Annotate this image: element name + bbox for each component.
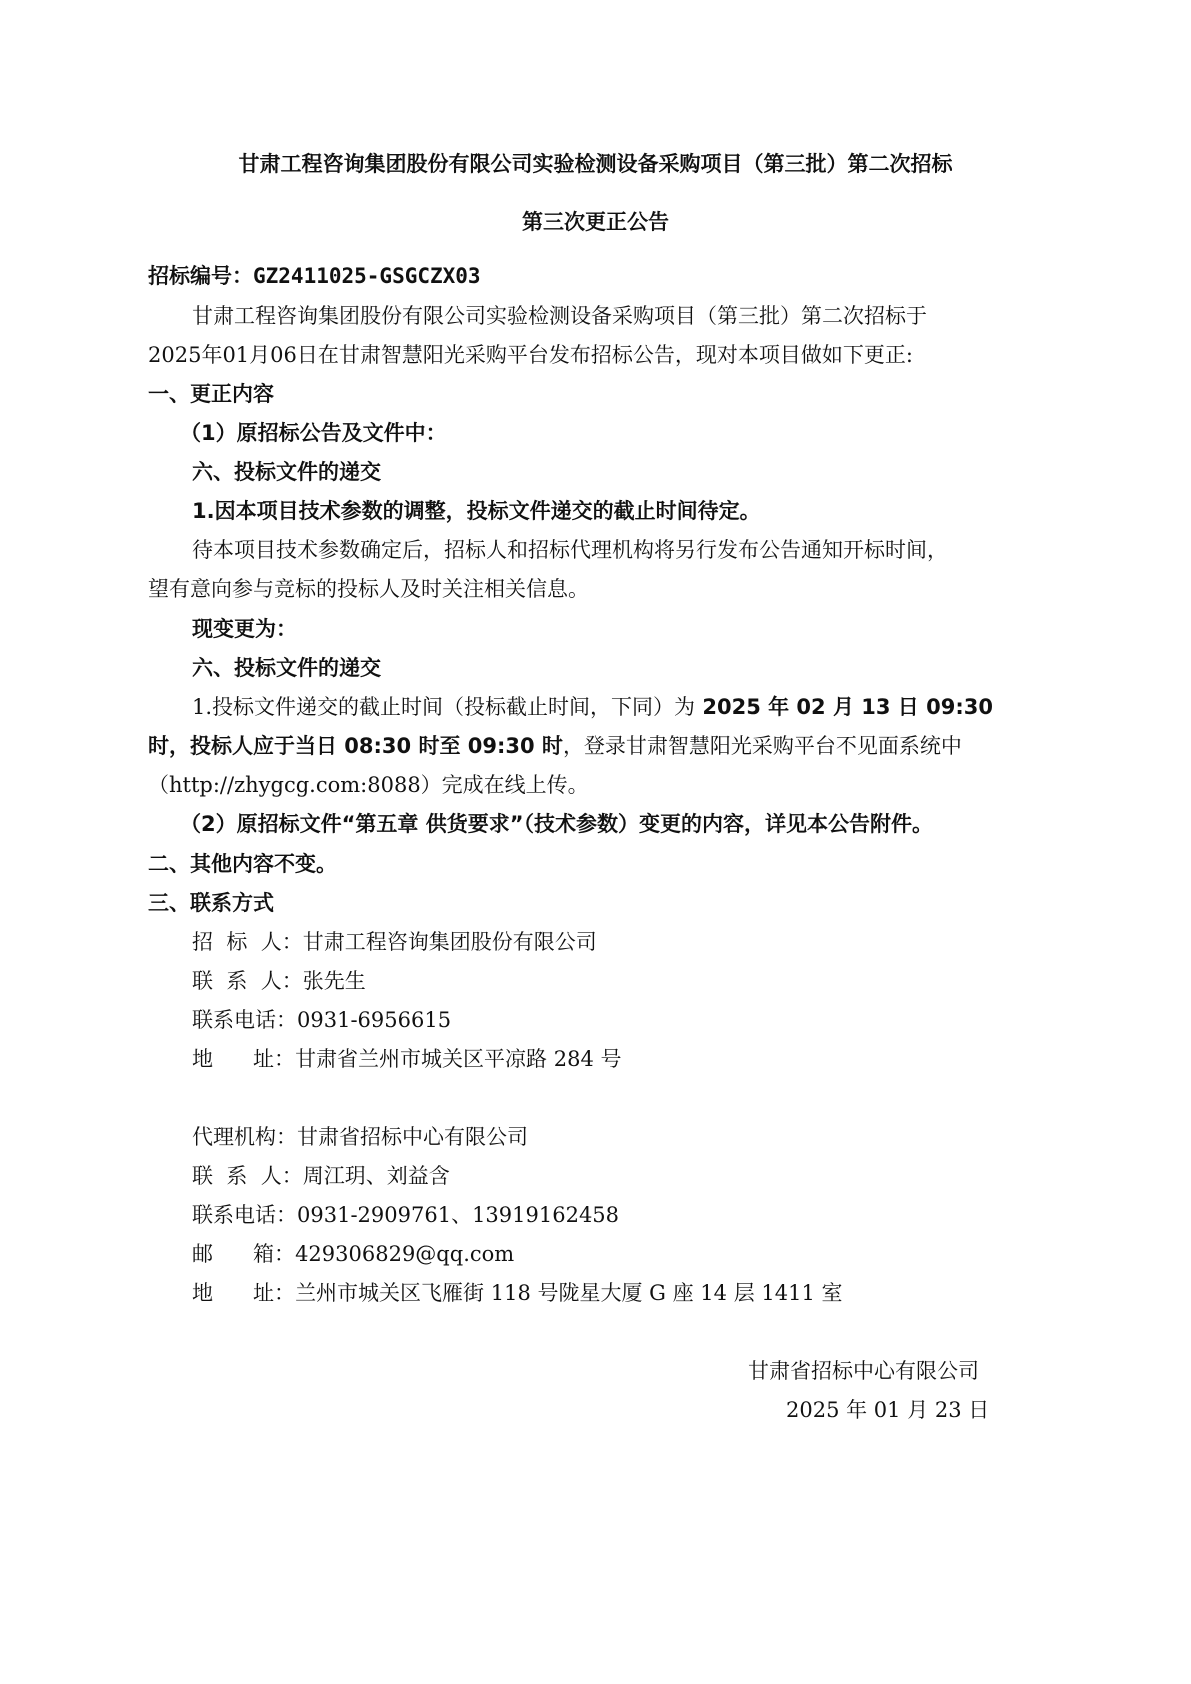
intro-line1: 甘肃工程咨询集团股份有限公司实验检测设备采购项目（第三批）第二次招标于 [192,302,927,330]
new-point-line1: 1.投标文件递交的截止时间（投标截止时间，下同）为 2025 年 02 月 13… [192,693,993,721]
document-title-line2: 第三次更正公告 [0,208,1191,236]
new-point-bold: 时，投标人应于当日 08:30 时至 09:30 时 [148,734,563,758]
tenderer-phone-row: 联系电话：0931-6956615 [192,1006,451,1034]
bid-number-value: GZ2411025-GSGCZX03 [253,264,481,288]
tenderer-org-row: 招 标 人：甘肃工程咨询集团股份有限公司 [192,928,597,956]
original-text-line2: 望有意向参与竞标的投标人及时关注相关信息。 [148,575,589,603]
agency-org-row: 代理机构：甘肃省招标中心有限公司 [192,1123,528,1151]
tenderer-contact-label: 联 系 人： [192,969,303,993]
tenderer-address: 甘肃省兰州市城关区平凉路 284 号 [295,1047,621,1071]
signature-org: 甘肃省招标中心有限公司 [748,1357,979,1385]
agency-phone-row: 联系电话：0931-2909761、13919162458 [192,1201,619,1229]
new-point-rest: ，登录甘肃智慧阳光采购平台不见面系统中 [563,734,962,758]
changed-to-label: 现变更为： [192,615,297,643]
agency-email-row: 邮 箱：429306829@qq.com [192,1240,514,1268]
agency-contact-row: 联 系 人：周江玥、刘益含 [192,1162,450,1190]
original-text-line1: 待本项目技术参数确定后，招标人和招标代理机构将另行发布公告通知开标时间， [192,536,948,564]
tenderer-address-row: 地 址：甘肃省兰州市城关区平凉路 284 号 [192,1045,622,1073]
agency-address-row: 地 址：兰州市城关区飞雁街 118 号陇星大厦 G 座 14 层 1411 室 [192,1279,843,1307]
tenderer-org: 甘肃工程咨询集团股份有限公司 [303,930,597,954]
agency-phone: 0931-2909761、13919162458 [297,1203,619,1227]
section3-heading: 三、联系方式 [148,889,274,917]
agency-email-label: 邮 箱： [192,1242,295,1266]
tenderer-phone-label: 联系电话： [192,1008,297,1032]
agency-contact-label: 联 系 人： [192,1164,303,1188]
agency-org-label: 代理机构： [192,1125,297,1149]
agency-email-link[interactable]: 429306829@qq.com [295,1242,514,1266]
original-sub-heading: 六、投标文件的递交 [192,458,381,486]
new-point-prefix: 1.投标文件递交的截止时间（投标截止时间，下同）为 [192,695,695,719]
new-sub-heading: 六、投标文件的递交 [192,654,381,682]
bid-number: 招标编号：GZ2411025-GSGCZX03 [148,262,481,290]
tenderer-org-label: 招 标 人： [192,930,303,954]
section1-item1-heading: （1）原招标公告及文件中： [180,419,447,447]
document-title-line1: 甘肃工程咨询集团股份有限公司实验检测设备采购项目（第三批）第二次招标 [0,150,1191,178]
tenderer-contact: 张先生 [303,969,366,993]
section2-heading: 二、其他内容不变。 [148,850,337,878]
new-point-line2: 时，投标人应于当日 08:30 时至 09:30 时，登录甘肃智慧阳光采购平台不… [148,732,962,760]
agency-org: 甘肃省招标中心有限公司 [297,1125,528,1149]
tenderer-phone: 0931-6956615 [297,1008,451,1032]
tenderer-address-label: 地 址： [192,1047,295,1071]
new-point-line3: （http://zhygcg.com:8088）完成在线上传。 [148,771,589,799]
original-point: 1.因本项目技术参数的调整，投标文件递交的截止时间待定。 [192,497,761,525]
tenderer-contact-row: 联 系 人：张先生 [192,967,366,995]
section1-item2: （2）原招标文件“第五章 供货要求”（技术参数）变更的内容，详见本公告附件。 [180,810,933,838]
agency-phone-label: 联系电话： [192,1203,297,1227]
new-deadline: 2025 年 02 月 13 日 09:30 [695,695,993,719]
agency-contact: 周江玥、刘益含 [303,1164,450,1188]
intro-line2: 2025年01月06日在甘肃智慧阳光采购平台发布招标公告，现对本项目做如下更正: [148,341,913,369]
section1-heading: 一、更正内容 [148,380,274,408]
signature-date: 2025 年 01 月 23 日 [786,1396,989,1424]
agency-address: 兰州市城关区飞雁街 118 号陇星大厦 G 座 14 层 1411 室 [295,1281,842,1305]
document-page: 甘肃工程咨询集团股份有限公司实验检测设备采购项目（第三批）第二次招标 第三次更正… [0,0,1191,1684]
agency-address-label: 地 址： [192,1281,295,1305]
bid-number-label: 招标编号： [148,264,253,288]
